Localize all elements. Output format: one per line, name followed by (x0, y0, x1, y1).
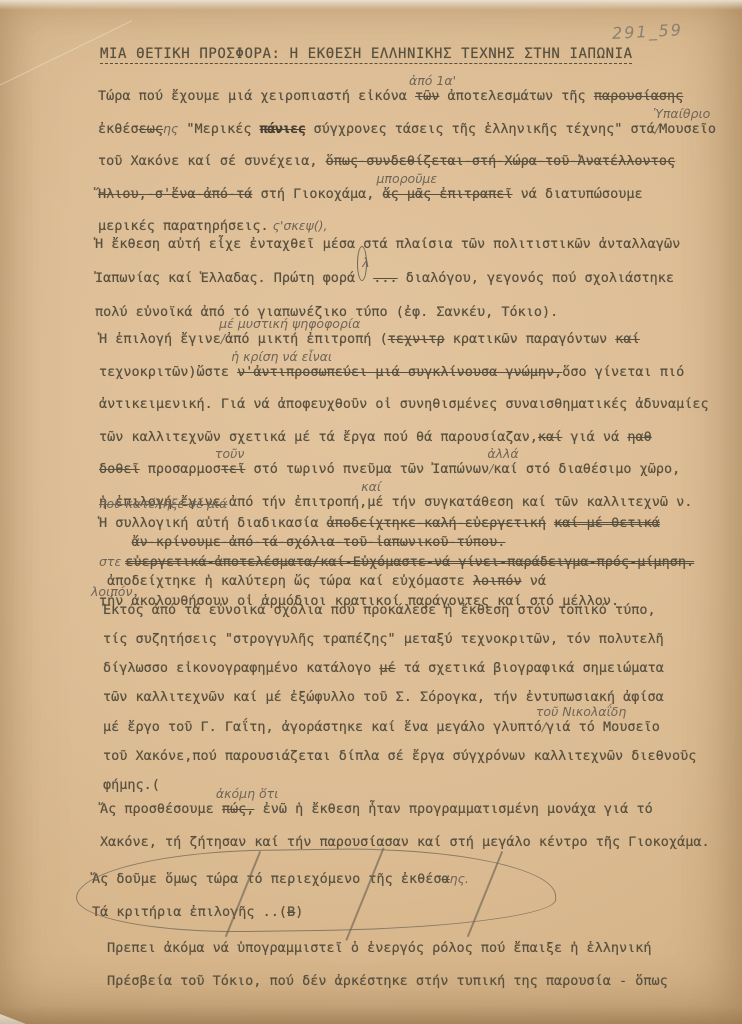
document-line: Ἐκτός ἀπό τά εὐνοικά σχόλια πού προκάλεσ… (103, 596, 696, 625)
typed-text: ἀπό μικτή ἐπιτροπή ( (225, 331, 388, 347)
document-line: ἀντικειμενική. Γιά νά ἀποφευχθοῦν οἱ συν… (99, 388, 709, 421)
struck-text: τεῖ (221, 461, 245, 477)
typed-text: ἐνῶ ἡ ἔκθεση ἦταν προγραμματισμένη μονάχ… (254, 801, 652, 817)
document-line: τίς συζητήσεις "στρογγυλῆς τραπέζης" μετ… (103, 625, 696, 654)
typed-text: τοῦ Χακόνε,πού παρουσιάζεται δίπλα σέ ἔρ… (103, 748, 696, 764)
paragraph-3: Ἡ ἐπιλογή ἔγινε/μέ μυστική ψηφοφορίαἀπό … (99, 323, 709, 518)
typed-text: φήμης.( (103, 777, 160, 793)
document-line: στε εὐεργετικά-ἀποτελέσματα/καί-Εὐχόμαστ… (99, 552, 694, 572)
document-line: Ἰαπωνίας καί Ἑλλαδας. Πρώτη φορά λ... δι… (95, 261, 680, 297)
typed-text: Μουσεῖο (659, 121, 716, 137)
struck-text: καί (615, 331, 639, 347)
typed-text: Ἄς δοῦμε ὅμως τώρα τό περιεχόμενο τῆς ἐκ… (92, 871, 442, 887)
paragraph-5: Ἐκτός ἀπό τά εὐνοικά σχόλια πού προκάλεσ… (103, 596, 696, 800)
typed-text: Τά κριτήρια ἐπιλογῆς ..( (92, 904, 287, 920)
handwritten-note: ης. (450, 871, 469, 886)
document-line: δοθεῖ προσαρμοστοῦντεῖ στό τωρινό πνεῦμα… (99, 453, 709, 486)
typed-text: σύγχρονες τάσεις τῆς ἑλληνικῆς τέχνης" σ… (305, 121, 655, 137)
typed-text: ἀντικειμενική. Γιά νά ἀποφευχθοῦν οἱ συν… (99, 396, 709, 412)
struck-text: α (442, 871, 450, 887)
paragraph-6: Ἄς προσθέσουμε ἀκόμη ὅτιπώς, ἐνῶ ἡ ἔκθεσ… (100, 793, 710, 858)
typed-text: τῶν καλλιτεχνῶν σχετικά μέ τά ἔργα πού θ… (99, 429, 538, 445)
document-line: ἀποδείχτηκε ἡ καλύτερη ὥς τώρα καί εὐχόμ… (99, 572, 694, 591)
struck-text: Ἥλιου,-σ'ἕνα-ἀπό-τά (98, 186, 252, 202)
circled-deleted-block: Ἄς δοῦμε ὅμως τώρα τό περιεχόμενο τῆς ἐκ… (92, 862, 469, 929)
typed-text: διαλόγου, γεγονός πού σχολιάστηκε (398, 270, 674, 286)
typed-text: Ἄς προσθέσουμε (100, 801, 222, 817)
struck-text: ἄς μᾶς ἐπιτραπεῖ (382, 186, 512, 202)
struck-text: δοθεῖ (99, 461, 140, 477)
typed-text: ) (295, 904, 303, 920)
struck-text: τῶν (415, 88, 439, 104)
typed-text: Πρέσβεία τοῦ Τόκιο, πού δέν ἀρκέστηκε στ… (107, 973, 668, 989)
struck-text: ηαθ (627, 429, 651, 445)
typed-text: μέ ἔργο τοῦ Γ. Γαΐτη, ἀγοράστηκε καί ἕνα… (103, 719, 542, 735)
document-line: Πρέσβεία τοῦ Τόκιο, πού δέν ἀρκέστηκε στ… (107, 965, 668, 998)
document-line: ΜΙΑ ΘΕΤΙΚΗ ΠΡΟΣΦΟΡΑ: Η ΕΚΘΕΣΗ ΕΛΛΗΝΙΚΗΣ … (100, 38, 633, 71)
typed-text (546, 515, 554, 531)
document-line: Ἄς προσθέσουμε ἀκόμη ὅτιπώς, ἐνῶ ἡ ἔκθεσ… (100, 793, 710, 826)
typed-text: Ἡ ἐπιλογή ἔγινε (99, 331, 221, 347)
typed-text: ὅσο γίνεται πιό (562, 364, 684, 380)
typewritten-document: ΜΙΑ ΘΕΤΙΚΗ ΠΡΟΣΦΟΡΑ: Η ΕΚΘΕΣΗ ΕΛΛΗΝΙΚΗΣ … (0, 0, 742, 1024)
struck-text: παρουσίασης (594, 88, 683, 104)
typed-text: Ἐκτός ἀπό τά εὐνοικά σχόλια πού προκάλεσ… (103, 602, 656, 618)
struck-text: τεχνιτρ (388, 331, 445, 347)
document-line: Ἡ συλλογική αὐτή διαδικασία ἀποδείχτηκε-… (99, 514, 694, 533)
struck-text: ... (373, 270, 397, 286)
typed-text: κρατικῶν παραγόντων (445, 331, 616, 347)
struck-text: καί μέ θετικά (554, 515, 660, 531)
typed-text: νά διατυπώσουμε (513, 186, 643, 202)
typed-text: γιά νά (562, 429, 627, 445)
typed-text: γιά τό Μουσεῖο (546, 719, 660, 735)
typed-text: ἀποτελεσμάτων τῆς (439, 88, 593, 104)
typed-text: τοῦ Χακόνε καί σέ συνέχεια, (98, 153, 326, 169)
handwritten-note: λ (357, 246, 367, 282)
struck-text: καί (538, 429, 562, 445)
struck-text: εως (139, 121, 163, 137)
typed-text: Πρεπει ἀκόμα νά ὑπογραμμιστεῖ ὁ ἐνεργός … (107, 940, 652, 956)
struck-text: εὐεργετικά-ἀποτελέσματα/καί-Εὐχόμαστε-νά… (125, 554, 694, 570)
document-line: δίγλωσσο εἰκονογραφημένο κατάλογο μέ τά … (103, 654, 696, 683)
typed-text: ΜΙΑ ΘΕΤΙΚΗ ΠΡΟΣΦΟΡΑ: Η ΕΚΘΕΣΗ ΕΛΛΗΝΙΚΗΣ … (100, 46, 633, 62)
typed-text: δίγλωσσο εἰκονογραφημένο κατάλογο (103, 660, 379, 676)
paragraph-4-heavily-edited: πού κατέληξε σέ μιάἩ συλλογική αὐτή διαδ… (99, 494, 694, 611)
struck-text: λοιπόν (473, 573, 522, 589)
document-line: μέ ἔργο τοῦ Γ. Γαΐτη, ἀγοράστηκε καί ἕνα… (103, 712, 696, 742)
paragraph-7: Πρεπει ἀκόμα νά ὑπογραμμιστεῖ ὁ ἐνεργός … (107, 932, 668, 997)
paragraph-2: Ἡ ἔκθεση αὐτή εἶχε ἐνταχθεῖ μέσα στά πλα… (95, 228, 680, 329)
typed-text: ἐκθέσ (98, 121, 139, 137)
typed-text: ἀποδείχτηκε ἡ καλύτερη ὥς τώρα καί εὐχόμ… (99, 573, 473, 589)
handwritten-note: στε (99, 554, 125, 569)
document-line: Τώρα πού ἔχουμε μιά χειροπιαστή εἰκόνα ἀ… (98, 80, 716, 113)
typed-text: τῶν καλλιτεχνῶν καί μέ ἐξώφυλλο τοῦ Σ. Σ… (103, 689, 664, 705)
typed-text: νά (522, 573, 546, 589)
typed-text: Ἰαπωνίας καί Ἑλλαδας. Πρώτη φορά (95, 270, 363, 286)
document-line: Ἡ ἔκθεση αὐτή εἶχε ἐνταχθεῖ μέσα στά πλα… (95, 228, 680, 261)
struck-text: πάνιες (260, 121, 306, 137)
typed-text: Χακόνε, τή ζήτησαν καί τήν παρουσίασαν κ… (100, 834, 710, 850)
struck-text: Β (287, 904, 295, 920)
document-line: Τά κριτήρια ἐπιλογῆς ..(Β) (92, 896, 469, 929)
document-line: ἄν-κρίνουμε-ἀπό-τά-σχόλια-τοῦ-ἰαπωνικοῦ-… (99, 533, 694, 552)
typed-text: στό τωρινό πνεῦμα τῶν Ἰαπώνων (245, 461, 489, 477)
typed-text: τίς συζητήσεις "στρογγυλῆς τραπέζης" μετ… (103, 631, 664, 647)
document-line: ἐκθέσεωςης "Μερικές πάνιες σύγχρονες τάσ… (98, 113, 716, 146)
typed-text: Τώρα πού ἔχουμε μιά χειροπιαστή εἰκόνα (98, 88, 415, 104)
document-line: τεχνοκριτῶν)ὥστε ἡ κρίση νά εἶναιν'ἀντιπ… (99, 356, 709, 389)
document-line: Ἡ ἐπιλογή ἔγινε/μέ μυστική ψηφοφορίαἀπό … (99, 323, 709, 356)
struck-text: ἀποδείχτηκε-καλή-εὐεργετική (327, 515, 546, 531)
typed-text: τεχνοκριτῶν)ὥστε (99, 364, 237, 380)
typed-text: καί στό διαθέσιμο χῶρο, (493, 461, 680, 477)
typed-text: Ἡ συλλογική αὐτή διαδικασία (99, 515, 327, 531)
deletion-slash-mark (467, 851, 503, 937)
typed-text: "Μερικές (178, 121, 259, 137)
typed-text: Ἡ ἔκθεση αὐτή εἶχε ἐνταχθεῖ μέσα στά πλα… (95, 236, 680, 252)
document-line: Ἄς δοῦμε ὅμως τώρα τό περιεχόμενο τῆς ἐκ… (92, 862, 469, 896)
struck-text: μέ (379, 660, 395, 676)
typed-text (99, 534, 132, 550)
struck-text: ὅπως-συνδεθίζεται-στή-Χώρα-τοῦ-Ἀνατέλλον… (326, 153, 676, 169)
struck-text: ἄν-κρίνουμε-ἀπό-τά-σχόλια-τοῦ-ἰαπωνικοῦ-… (132, 534, 506, 550)
paragraph-1: Τώρα πού ἔχουμε μιά χειροπιαστή εἰκόνα ἀ… (98, 80, 716, 243)
typed-text: προσαρμοσ (140, 461, 221, 477)
document-line: τῶν καλλιτεχνῶν σχετικά μέ τά ἔργα πού θ… (99, 421, 709, 454)
typed-text: στή Γιοκοχάμα, (252, 186, 382, 202)
document-line: Ἥλιου,-σ'ἕνα-ἀπό-τά στή Γιοκοχάμα, μπορο… (98, 178, 716, 211)
document-line: Χακόνε, τή ζήτησαν καί τήν παρουσίασαν κ… (100, 826, 710, 859)
handwritten-note: ης (163, 121, 178, 136)
document-line: τοῦ Χακόνε,πού παρουσιάζεται δίπλα σέ ἔρ… (103, 742, 696, 771)
document-line: Πρεπει ἀκόμα νά ὑπογραμμιστεῖ ὁ ἐνεργός … (107, 932, 668, 965)
document-title: ΜΙΑ ΘΕΤΙΚΗ ΠΡΟΣΦΟΡΑ: Η ΕΚΘΕΣΗ ΕΛΛΗΝΙΚΗΣ … (100, 38, 633, 71)
handwritten-note: πού κατέληξε σέ μιά (99, 496, 227, 511)
struck-text: ν'ἀντιπροσωπεύει μιά συγκλίνουσα γνώμην, (237, 364, 562, 380)
struck-text: πώς, (222, 801, 255, 817)
document-line: πού κατέληξε σέ μιά (99, 494, 694, 514)
typed-text: τά σχετικά βιογραφικά σημειώματα (396, 660, 664, 676)
